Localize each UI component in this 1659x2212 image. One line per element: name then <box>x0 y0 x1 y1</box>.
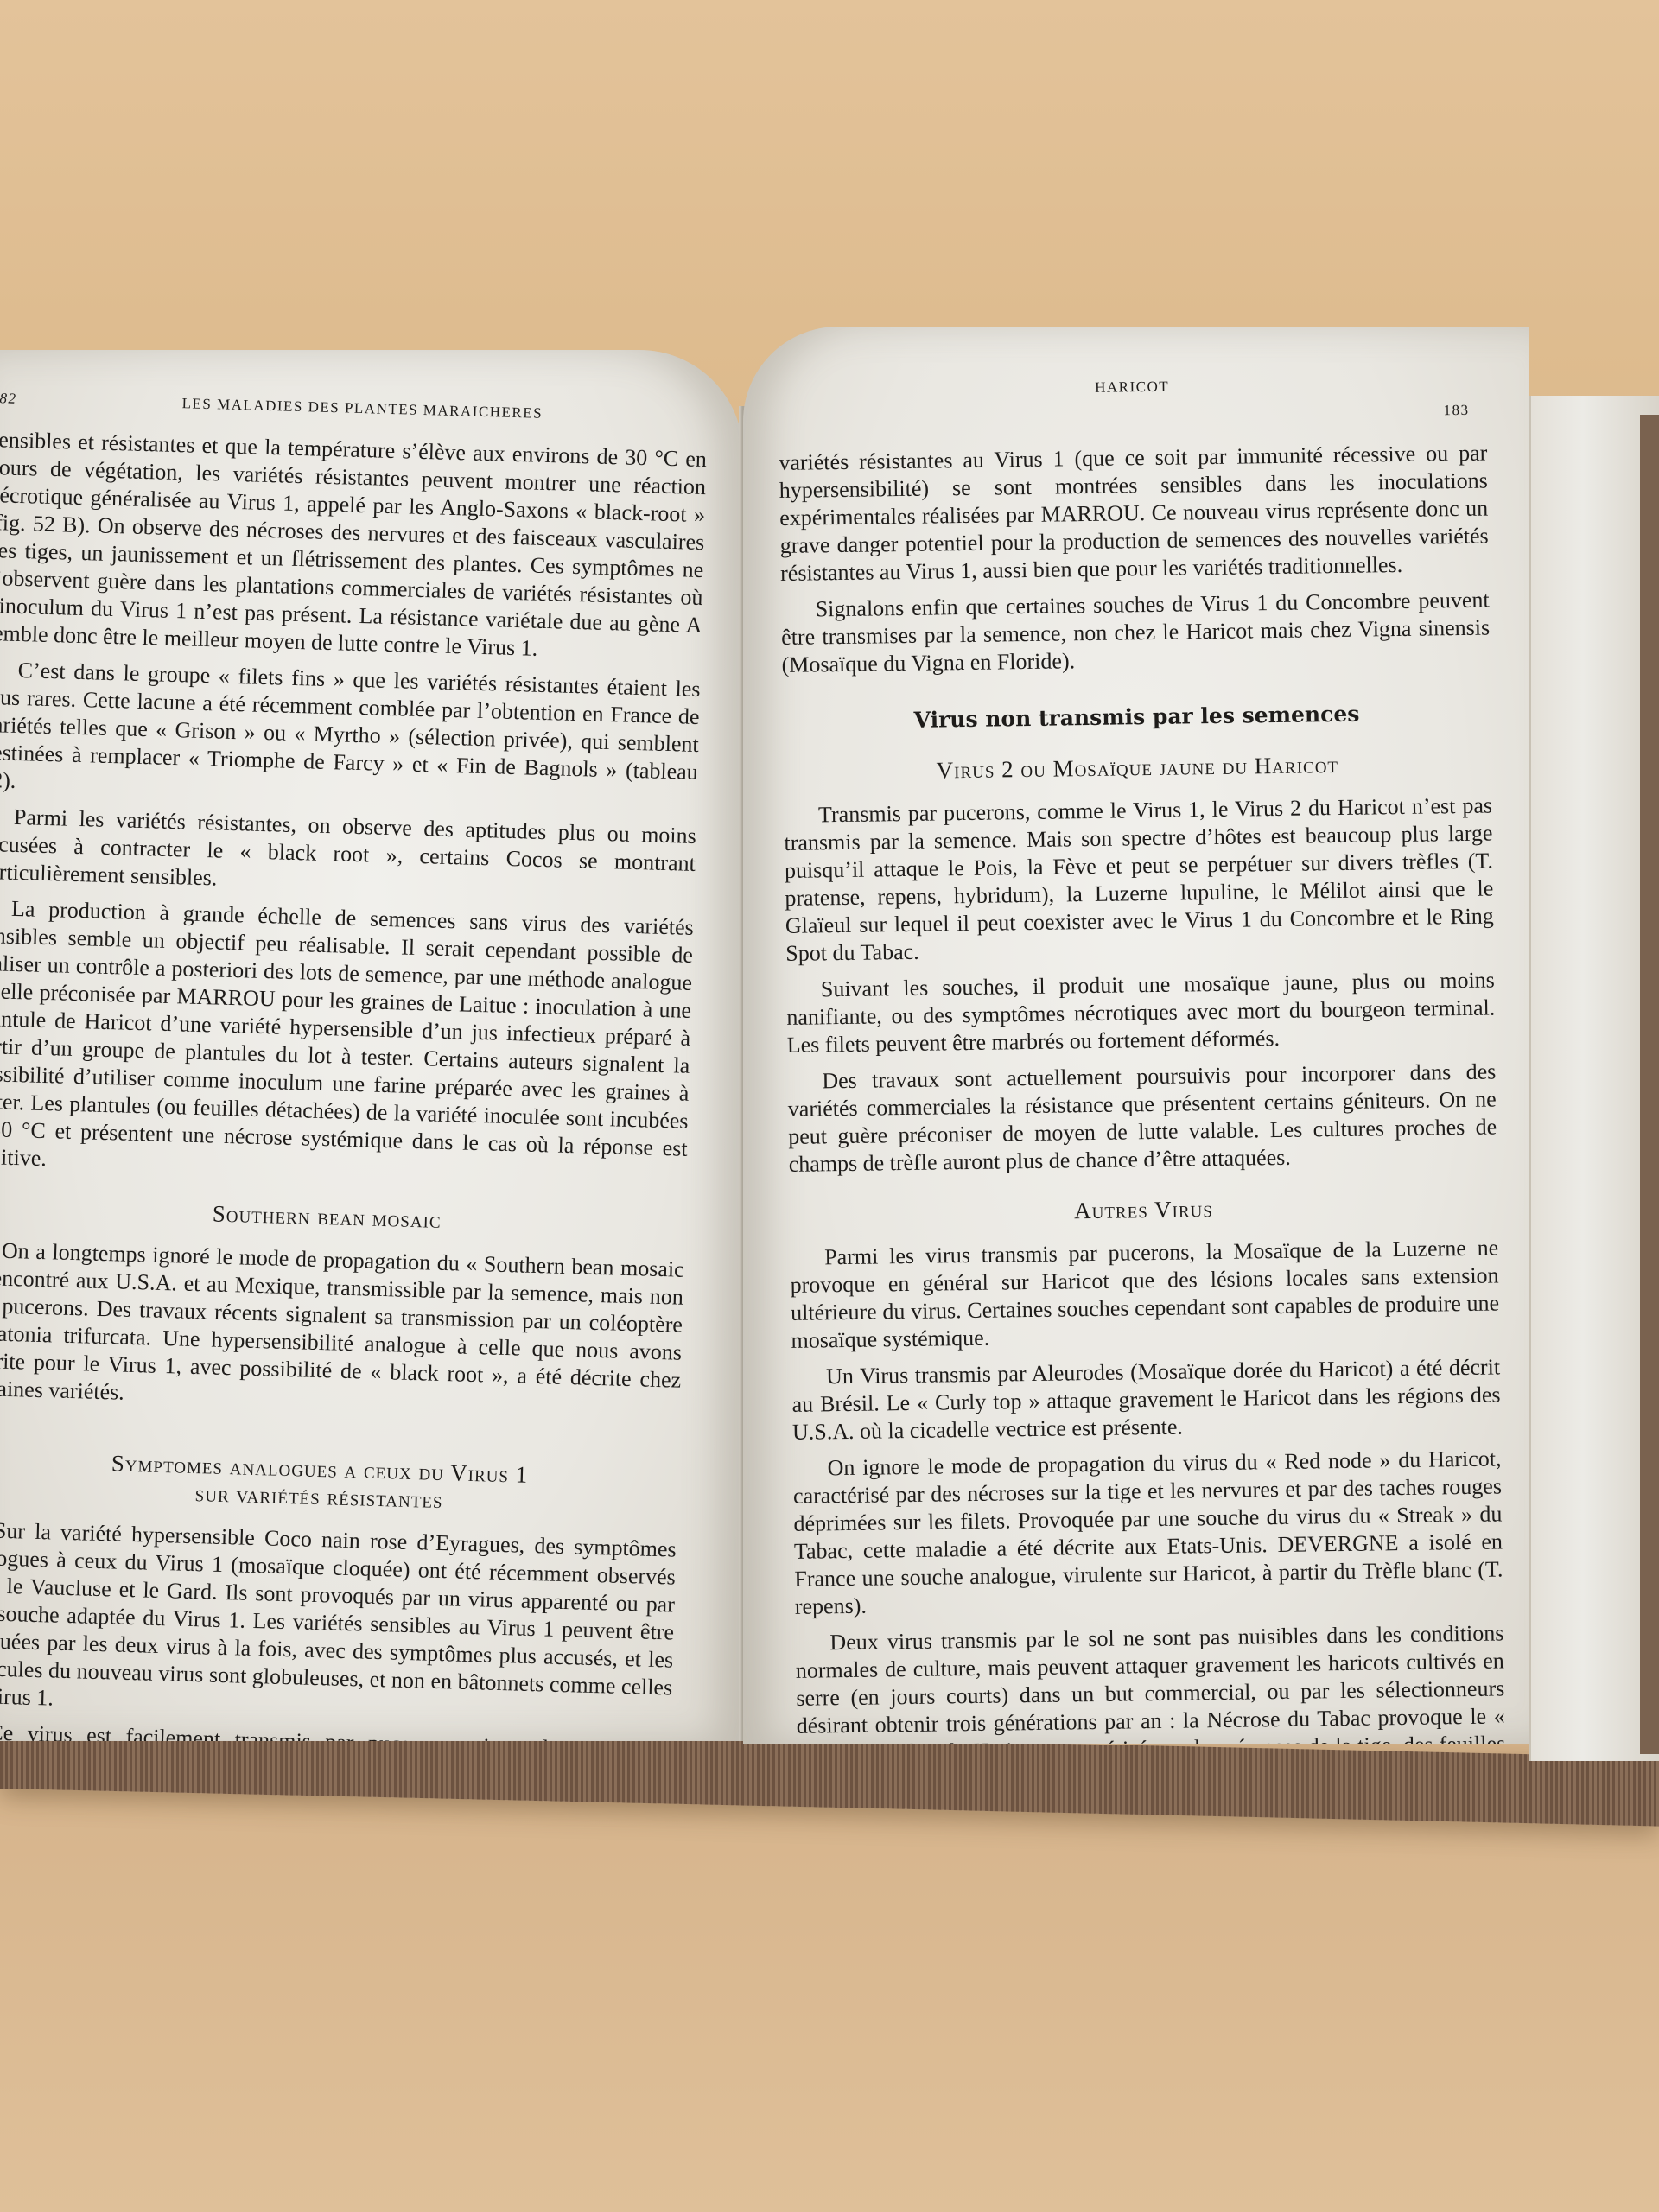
paragraph: On a longtemps ignoré le mode de propaga… <box>0 1236 684 1422</box>
left-page-text: 182 LES MALADIES DES PLANTES MARAICHERES… <box>0 385 709 1741</box>
paragraph: variétés résistantes au Virus 1 (que ce … <box>779 440 1489 588</box>
paragraph: C’est dans le groupe « filets fins » que… <box>0 656 701 814</box>
section-heading: Symptomes analogues a ceux du Virus 1 su… <box>0 1446 678 1521</box>
paragraph: La production à grande échelle de semenc… <box>0 894 694 1191</box>
paragraph: Transmis par pucerons, comme le Virus 1,… <box>784 792 1495 968</box>
paragraph: Des travaux sont actuellement poursuivis… <box>787 1058 1497 1178</box>
subsection-heading: Virus 2 ou Mosaïque jaune du Haricot <box>783 749 1491 786</box>
photo-scene: 182 LES MALADIES DES PLANTES MARAICHERES… <box>0 0 1659 2212</box>
section-heading: Virus non transmis par les semences <box>782 699 1491 736</box>
paragraph: Sur la variété hypersensible Coco nain r… <box>0 1516 677 1729</box>
book-cover-right <box>1640 415 1659 1754</box>
right-page: HARICOT 183 variétés résistantes au Viru… <box>743 327 1529 1744</box>
left-page: 182 LES MALADIES DES PLANTES MARAICHERES… <box>0 350 743 1741</box>
paragraph: Deux virus transmis par le sol ne sont p… <box>795 1619 1506 1744</box>
section-heading: Southern bean mosaic <box>0 1193 686 1241</box>
paragraph: Parmi les virus transmis par pucerons, l… <box>790 1234 1500 1354</box>
right-page-text: HARICOT 183 variétés résistantes au Viru… <box>778 369 1506 1744</box>
paragraph: Un Virus transmis par Aleurodes (Mosaïqu… <box>791 1353 1501 1446</box>
page-number: 182 <box>0 385 17 413</box>
paragraph: On ignore le mode de propagation du viru… <box>792 1445 1503 1620</box>
paragraph: Suivant les souches, il produit une mosa… <box>786 966 1496 1058</box>
running-title: HARICOT <box>1095 373 1170 402</box>
paragraph: Parmi les variétés résistantes, on obser… <box>0 803 696 906</box>
page-number: 183 <box>1443 397 1469 424</box>
paragraph: sensibles et résistantes et que la tempé… <box>0 426 707 667</box>
left-running-head: 182 LES MALADIES DES PLANTES MARAICHERES <box>0 385 709 432</box>
section-heading: Autres Virus <box>789 1191 1497 1228</box>
paragraph: Signalons enfin que certaines souches de… <box>781 587 1491 679</box>
running-title: LES MALADIES DES PLANTES MARAICHERES <box>181 390 543 428</box>
right-running-head: HARICOT 183 <box>778 369 1486 406</box>
